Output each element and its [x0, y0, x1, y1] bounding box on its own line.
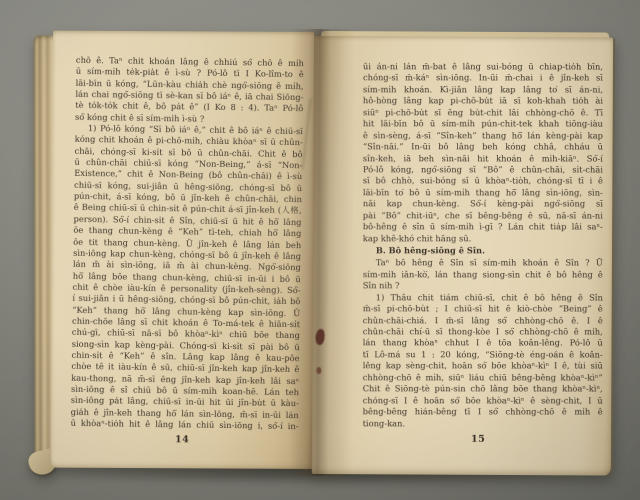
text-line: tiong-kan.: [363, 418, 603, 430]
text-line: Chit ê Siōng-tè pún-sin chō lâng bōe tha…: [363, 383, 603, 395]
text-line: m̄-sī pi-chō-bu̍t ; I chiū-sī hit ê kiò-…: [363, 303, 603, 315]
text-line: sîn-keh, iā beh sìn-nāi hit khoán ê mi̍h…: [363, 153, 603, 165]
text-line: Sîn nih ?: [363, 280, 603, 292]
text-line: sím-mi̍h khoán. Kì-jiân lâng kap lâng to…: [363, 84, 603, 96]
text-line: ūi án-ni lán m̄-bat ê lâng sui-bóng ū ch…: [363, 61, 603, 73]
text-line: pài “Bô” chit-iūⁿ, che sī bêng-bêng ê sū…: [363, 210, 603, 222]
text-line: siūⁿ pi-chō-bu̍t sī ēng bu̍t-chit lâi ch…: [363, 107, 603, 119]
text-line: chûn-chāi-chiá. I m̄-sī lâng só͘ chhòng-…: [363, 315, 603, 327]
page-number-left: 14: [175, 434, 189, 445]
text-line: sím-mi̍h iân-kò͘, lán thang siong-sìn ch…: [363, 269, 603, 281]
text-line: Pó-lô kóng, ngó͘-siōng sī “Bô” ê chûn-ch…: [363, 164, 603, 176]
left-page-text: chō ê. Taⁿ chit khoán lâng ê chhiú só͘ c…: [70, 55, 304, 433]
text-line: chhòng-chō ê mi̍h, siūⁿ liáu chiū bêng-b…: [363, 372, 603, 384]
text-line: hit lāi-bīn bô ū sím-mi̍h pún-chit-tek k…: [363, 118, 603, 130]
text-line: ê sìn-sèng, á-sī “Sîn-keh” thang hō͘ lán…: [363, 130, 603, 142]
text-line: lêng kap sèng-chit, hoān só͘ bōe khòaⁿ-k…: [363, 361, 603, 373]
text-line: nāi kap chun-kèng. Só͘-í kèng-pài ngó͘-s…: [363, 198, 603, 210]
text-line: kap khê-khó chit hāng sū.: [363, 233, 603, 245]
text-line: lāi-bīn to͘ bô ū sím-mi̍h thang hō͘ lâng…: [363, 187, 603, 199]
text-line: bêng-bêng hián-bêng tī I só͘ chhòng-chō …: [363, 406, 603, 418]
text-line: 1) Thâu chit tiám chiū-sī, chit ê bô hên…: [363, 292, 603, 304]
text-line: chóng-sī m̄-káⁿ sìn-iōng. In-ūi m̄-chai …: [363, 73, 603, 85]
ink-stain-small: [316, 367, 321, 374]
text-line: hô-hòng lâng kap pi-chō-bu̍t iā sī koh-k…: [363, 96, 603, 108]
text-line: bô-hêng ê sîn ū sím-mi̍h ì-gī ? Lán chit…: [363, 221, 603, 233]
right-page-text: ūi án-ni lán m̄-bat ê lâng sui-bóng ū ch…: [363, 61, 603, 429]
section-heading: B. Bô hêng-siōng ê Sîn.: [363, 245, 603, 258]
page-number-right: 15: [471, 434, 485, 445]
open-book: chō ê. Taⁿ chit khoán lâng ê chhiú só͘ c…: [0, 0, 640, 500]
text-line: lán thang khòaⁿ chhut I ê tōa koân-lêng.…: [363, 338, 603, 350]
text-line: tī Lô-má su 1 : 20 kóng, “Siōng-tè éng-o…: [363, 349, 603, 361]
text-line: chûn-chāi chí-ū sī thong-kòe I só͘ chhòn…: [363, 326, 603, 338]
text-line: “Sîn-nāi.” In-ūi bô lâng beh kóng chhâ, …: [363, 141, 603, 153]
photo-background: chō ê. Taⁿ chit khoán lâng ê chhiú só͘ c…: [0, 0, 640, 500]
text-line: sī bô chhò, sui-bóng sī ū khòaⁿ-tio̍h, c…: [363, 176, 603, 188]
text-line: Taⁿ bô hêng ê Sîn sī sím-mi̍h khoán ê Sî…: [363, 258, 603, 270]
text-line: chóng-sī I ê hoān só͘ bōe khòaⁿ-kìⁿ ê sè…: [363, 395, 603, 407]
